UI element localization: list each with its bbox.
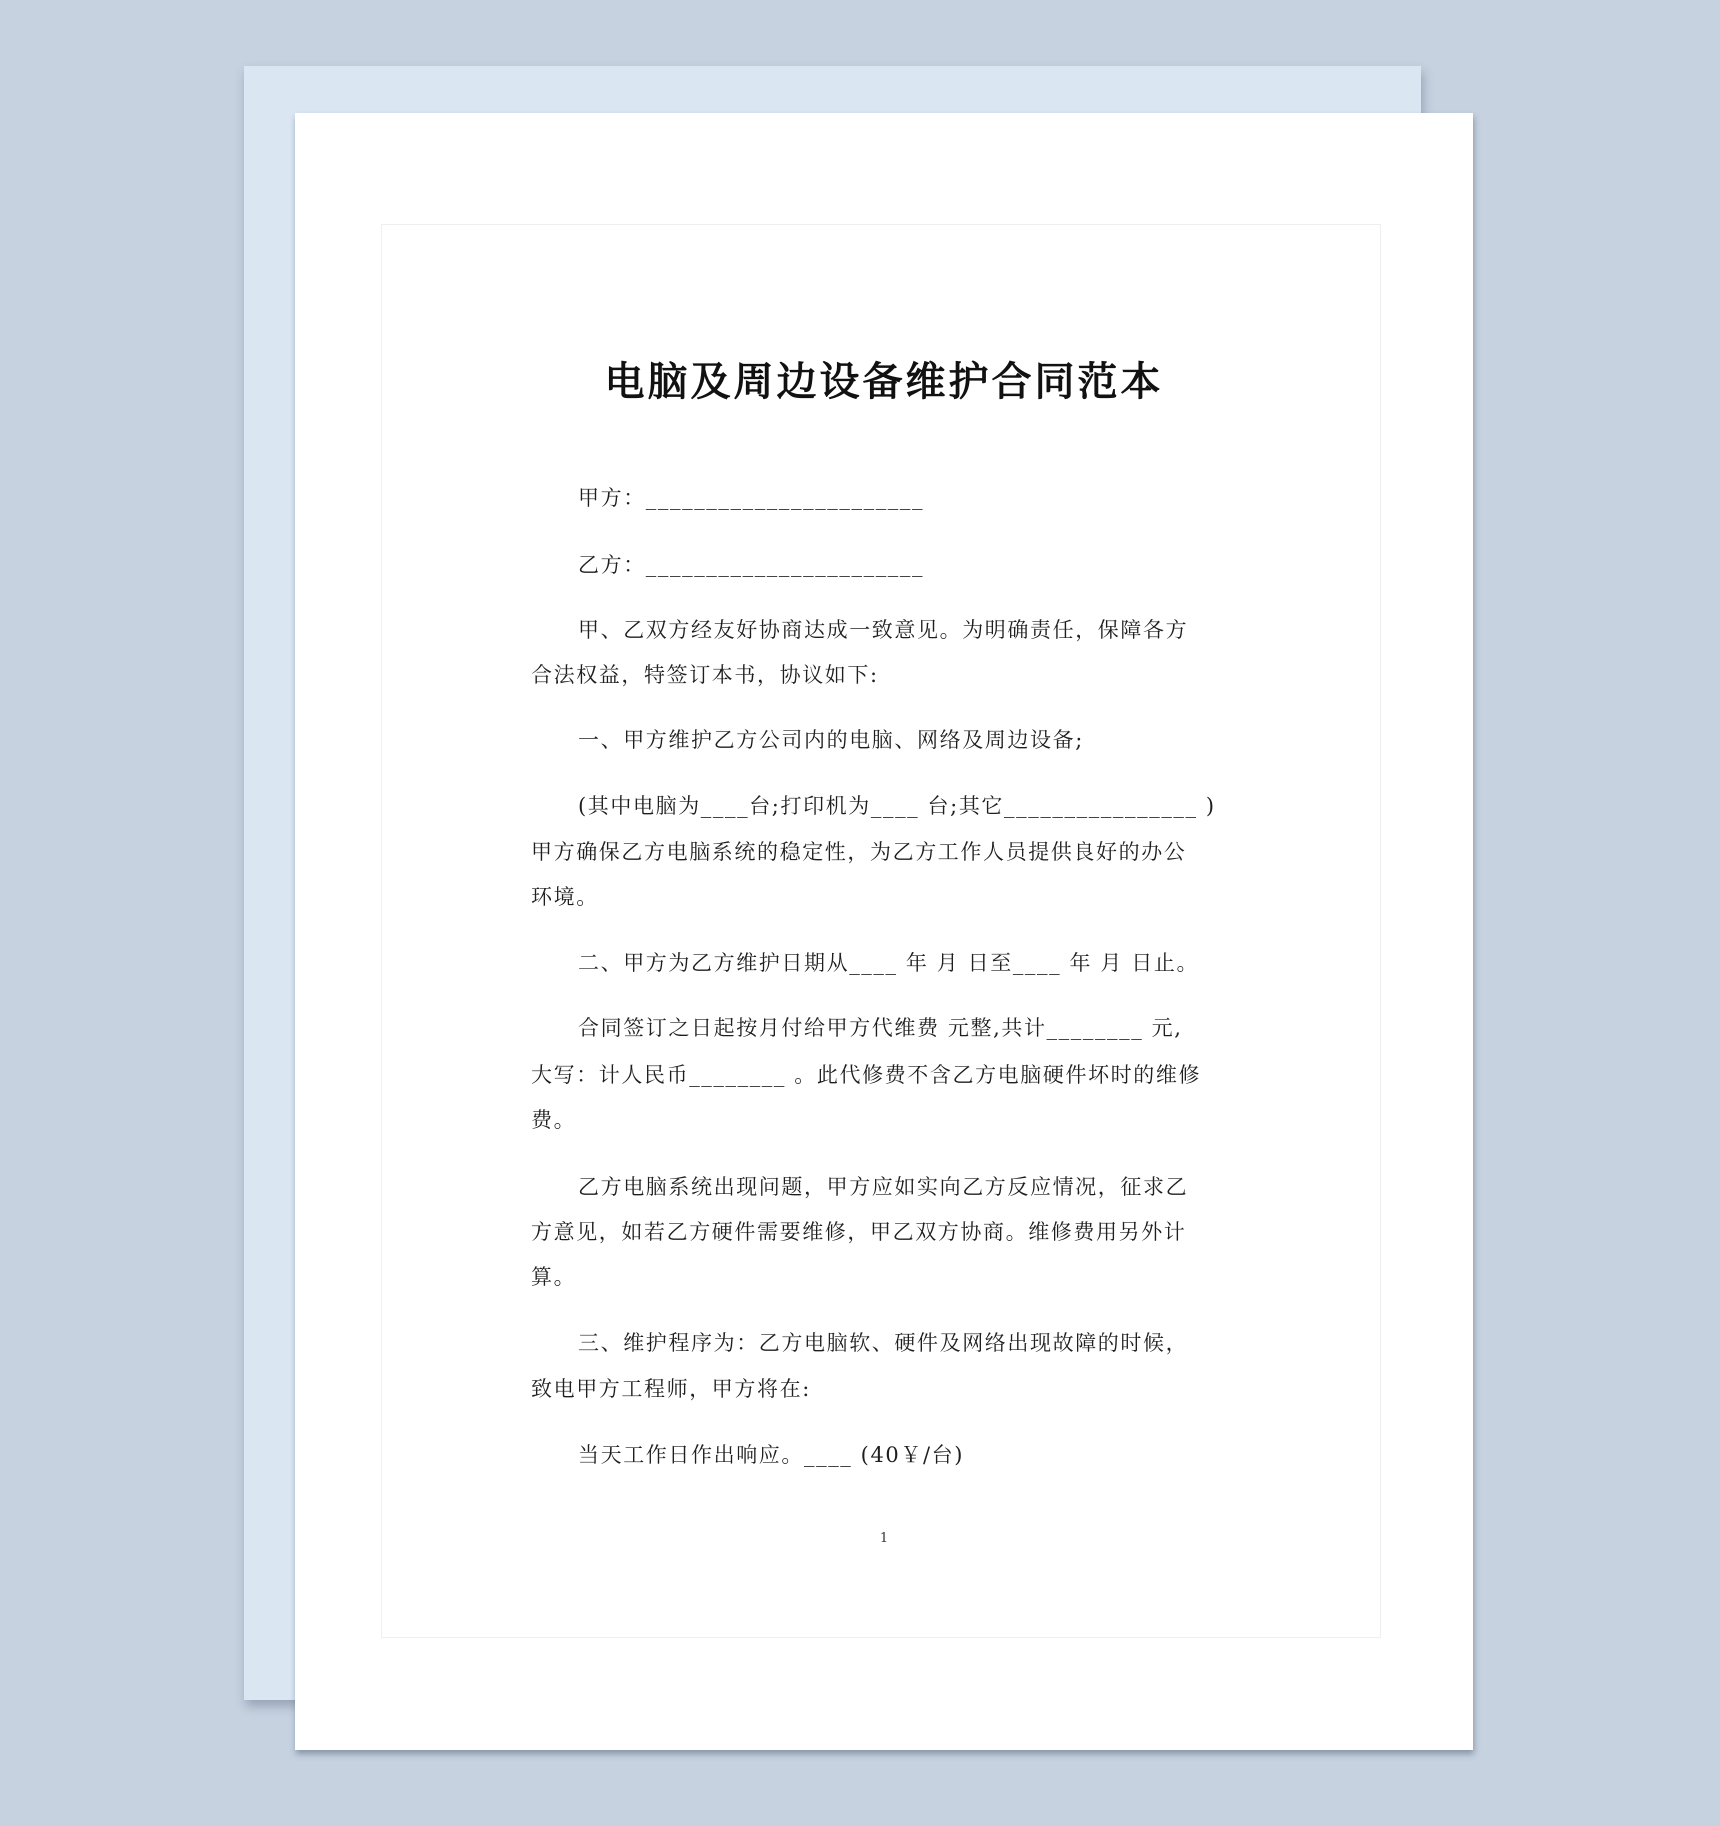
preamble-line-2: 合法权益，特签订本书，协议如下:	[531, 660, 879, 690]
issue-line-3: 算。	[531, 1262, 576, 1292]
stability-line-2: 环境。	[531, 882, 599, 912]
fee-line-2: 大写：计人民币________ 。此代修费不含乙方电脑硬件坏时的维修	[531, 1060, 1201, 1090]
clause-2-line: 二、甲方为乙方维护日期从____ 年 月 日至____ 年 月 日止。	[578, 948, 1199, 978]
document-title: 电脑及周边设备维护合同范本	[295, 350, 1473, 407]
fee-line-1: 合同签订之日起按月付给甲方代维费 元整,共计________ 元,	[578, 1013, 1183, 1043]
party-b-line: 乙方：_______________________	[578, 550, 924, 580]
document-page: 电脑及周边设备维护合同范本 甲方：_______________________…	[295, 113, 1473, 1750]
preamble-line-1: 甲、乙双方经友好协商达成一致意见。为明确责任，保障各方	[578, 615, 1188, 645]
issue-line-1: 乙方电脑系统出现问题，甲方应如实向乙方反应情况，征求乙	[578, 1172, 1188, 1202]
clause-3-line-1: 三、维护程序为：乙方电脑软、硬件及网络出现故障的时候，	[578, 1328, 1188, 1358]
response-line: 当天工作日作出响应。____ (40￥/台)	[578, 1440, 964, 1470]
page-margin-border	[381, 224, 1381, 1638]
clause-1-line: 一、甲方维护乙方公司内的电脑、网络及周边设备;	[578, 725, 1084, 755]
clause-3-line-2: 致电甲方工程师，甲方将在:	[531, 1374, 811, 1404]
fee-line-3: 费。	[531, 1105, 576, 1135]
page-number: 1	[295, 1531, 1473, 1546]
issue-line-2: 方意见，如若乙方硬件需要维修，甲乙双方协商。维修费用另外计	[531, 1217, 1186, 1247]
party-a-line: 甲方：_______________________	[578, 483, 924, 513]
stability-line-1: 甲方确保乙方电脑系统的稳定性，为乙方工作人员提供良好的办公	[531, 837, 1186, 867]
equipment-count-line: (其中电脑为____台;打印机为____ 台;其它_______________…	[578, 791, 1216, 821]
